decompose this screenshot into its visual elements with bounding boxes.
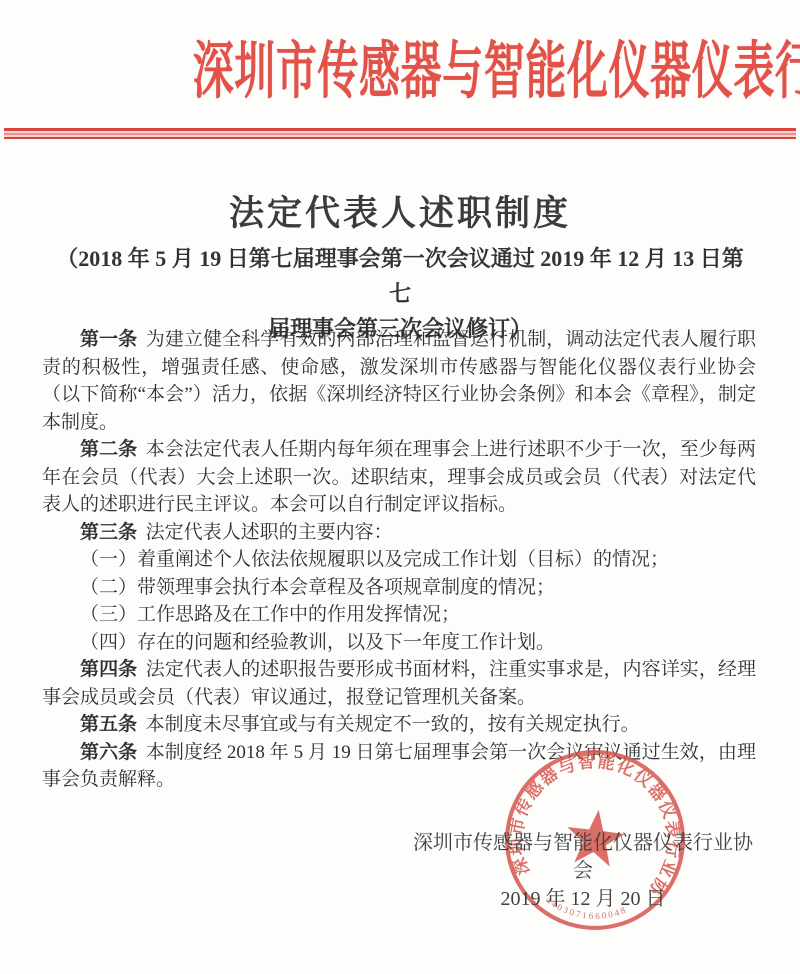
article-number: 第二条 <box>80 439 137 460</box>
article-text: （一）着重阐述个人依法依规履职以及完成工作计划（目标）的情况； <box>80 549 669 570</box>
article-text: 为建立健全科学有效的内部治理和监督运行机制，调动法定代表人履行职责的积极性，增强… <box>42 329 756 433</box>
article-text: （四）存在的问题和经验教训，以及下一年度工作计划。 <box>80 632 555 653</box>
article-number: 第六条 <box>80 742 137 763</box>
article-text: 法定代表人述职的主要内容： <box>146 522 393 543</box>
article-text: （二）带领理事会执行本会章程及各项规章制度的情况； <box>80 577 555 598</box>
document-page: 深圳市传感器与智能化仪器仪表行业协会 法定代表人述职制度 （2018 年 5 月… <box>0 0 800 974</box>
article-paragraph: 第一条为建立健全科学有效的内部治理和监督运行机制，调动法定代表人履行职责的积极性… <box>42 326 756 436</box>
article-paragraph: 第四条法定代表人的述职报告要形成书面材料，注重实事求是，内容详实，经理事会成员或… <box>42 656 756 711</box>
article-text: 本制度未尽事宜或与有关规定不一致的，按有关规定执行。 <box>146 714 640 735</box>
article-number: 第四条 <box>80 659 137 680</box>
article-paragraph: 第二条本会法定代表人任期内每年须在理事会上进行述职不少于一次，至少每两年在会员（… <box>42 436 756 519</box>
article-text: 法定代表人的述职报告要形成书面材料，注重实事求是，内容详实，经理事会成员或会员（… <box>42 659 756 708</box>
article-number: 第五条 <box>80 714 137 735</box>
list-item: （二）带领理事会执行本会章程及各项规章制度的情况； <box>42 574 756 602</box>
list-item: （三）工作思路及在工作中的作用发挥情况； <box>42 601 756 629</box>
doc-body: 第一条为建立健全科学有效的内部治理和监督运行机制，调动法定代表人履行职责的积极性… <box>42 326 756 794</box>
signature-org: 深圳市传感器与智能化仪器仪表行业协会 <box>408 829 758 885</box>
article-text: （三）工作思路及在工作中的作用发挥情况； <box>80 604 460 625</box>
article-paragraph: 第三条法定代表人述职的主要内容： <box>42 519 756 547</box>
article-number: 第一条 <box>80 329 137 350</box>
letterhead-rule <box>4 128 796 140</box>
letterhead: 深圳市传感器与智能化仪器仪表行业协会 <box>0 34 800 114</box>
list-item: （一）着重阐述个人依法依规履职以及完成工作计划（目标）的情况； <box>42 546 756 574</box>
article-number: 第三条 <box>80 522 137 543</box>
article-text: 本会法定代表人任期内每年须在理事会上进行述职不少于一次，至少每两年在会员（代表）… <box>42 439 756 515</box>
page-title: 法定代表人述职制度 <box>0 186 800 236</box>
doc-subtitle-line1: （2018 年 5 月 19 日第七届理事会第一次会议通过 2019 年 12 … <box>50 241 750 311</box>
signature-date: 2019 年 12 月 20 日 <box>408 885 758 913</box>
list-item: （四）存在的问题和经验教训，以及下一年度工作计划。 <box>42 629 756 657</box>
letterhead-org-name: 深圳市传感器与智能化仪器仪表行业协会 <box>193 34 800 110</box>
signature-block: 深圳市传感器与智能化仪器仪表行业协会 2019 年 12 月 20 日 <box>408 829 758 913</box>
article-paragraph: 第五条本制度未尽事宜或与有关规定不一致的，按有关规定执行。 <box>42 711 756 739</box>
